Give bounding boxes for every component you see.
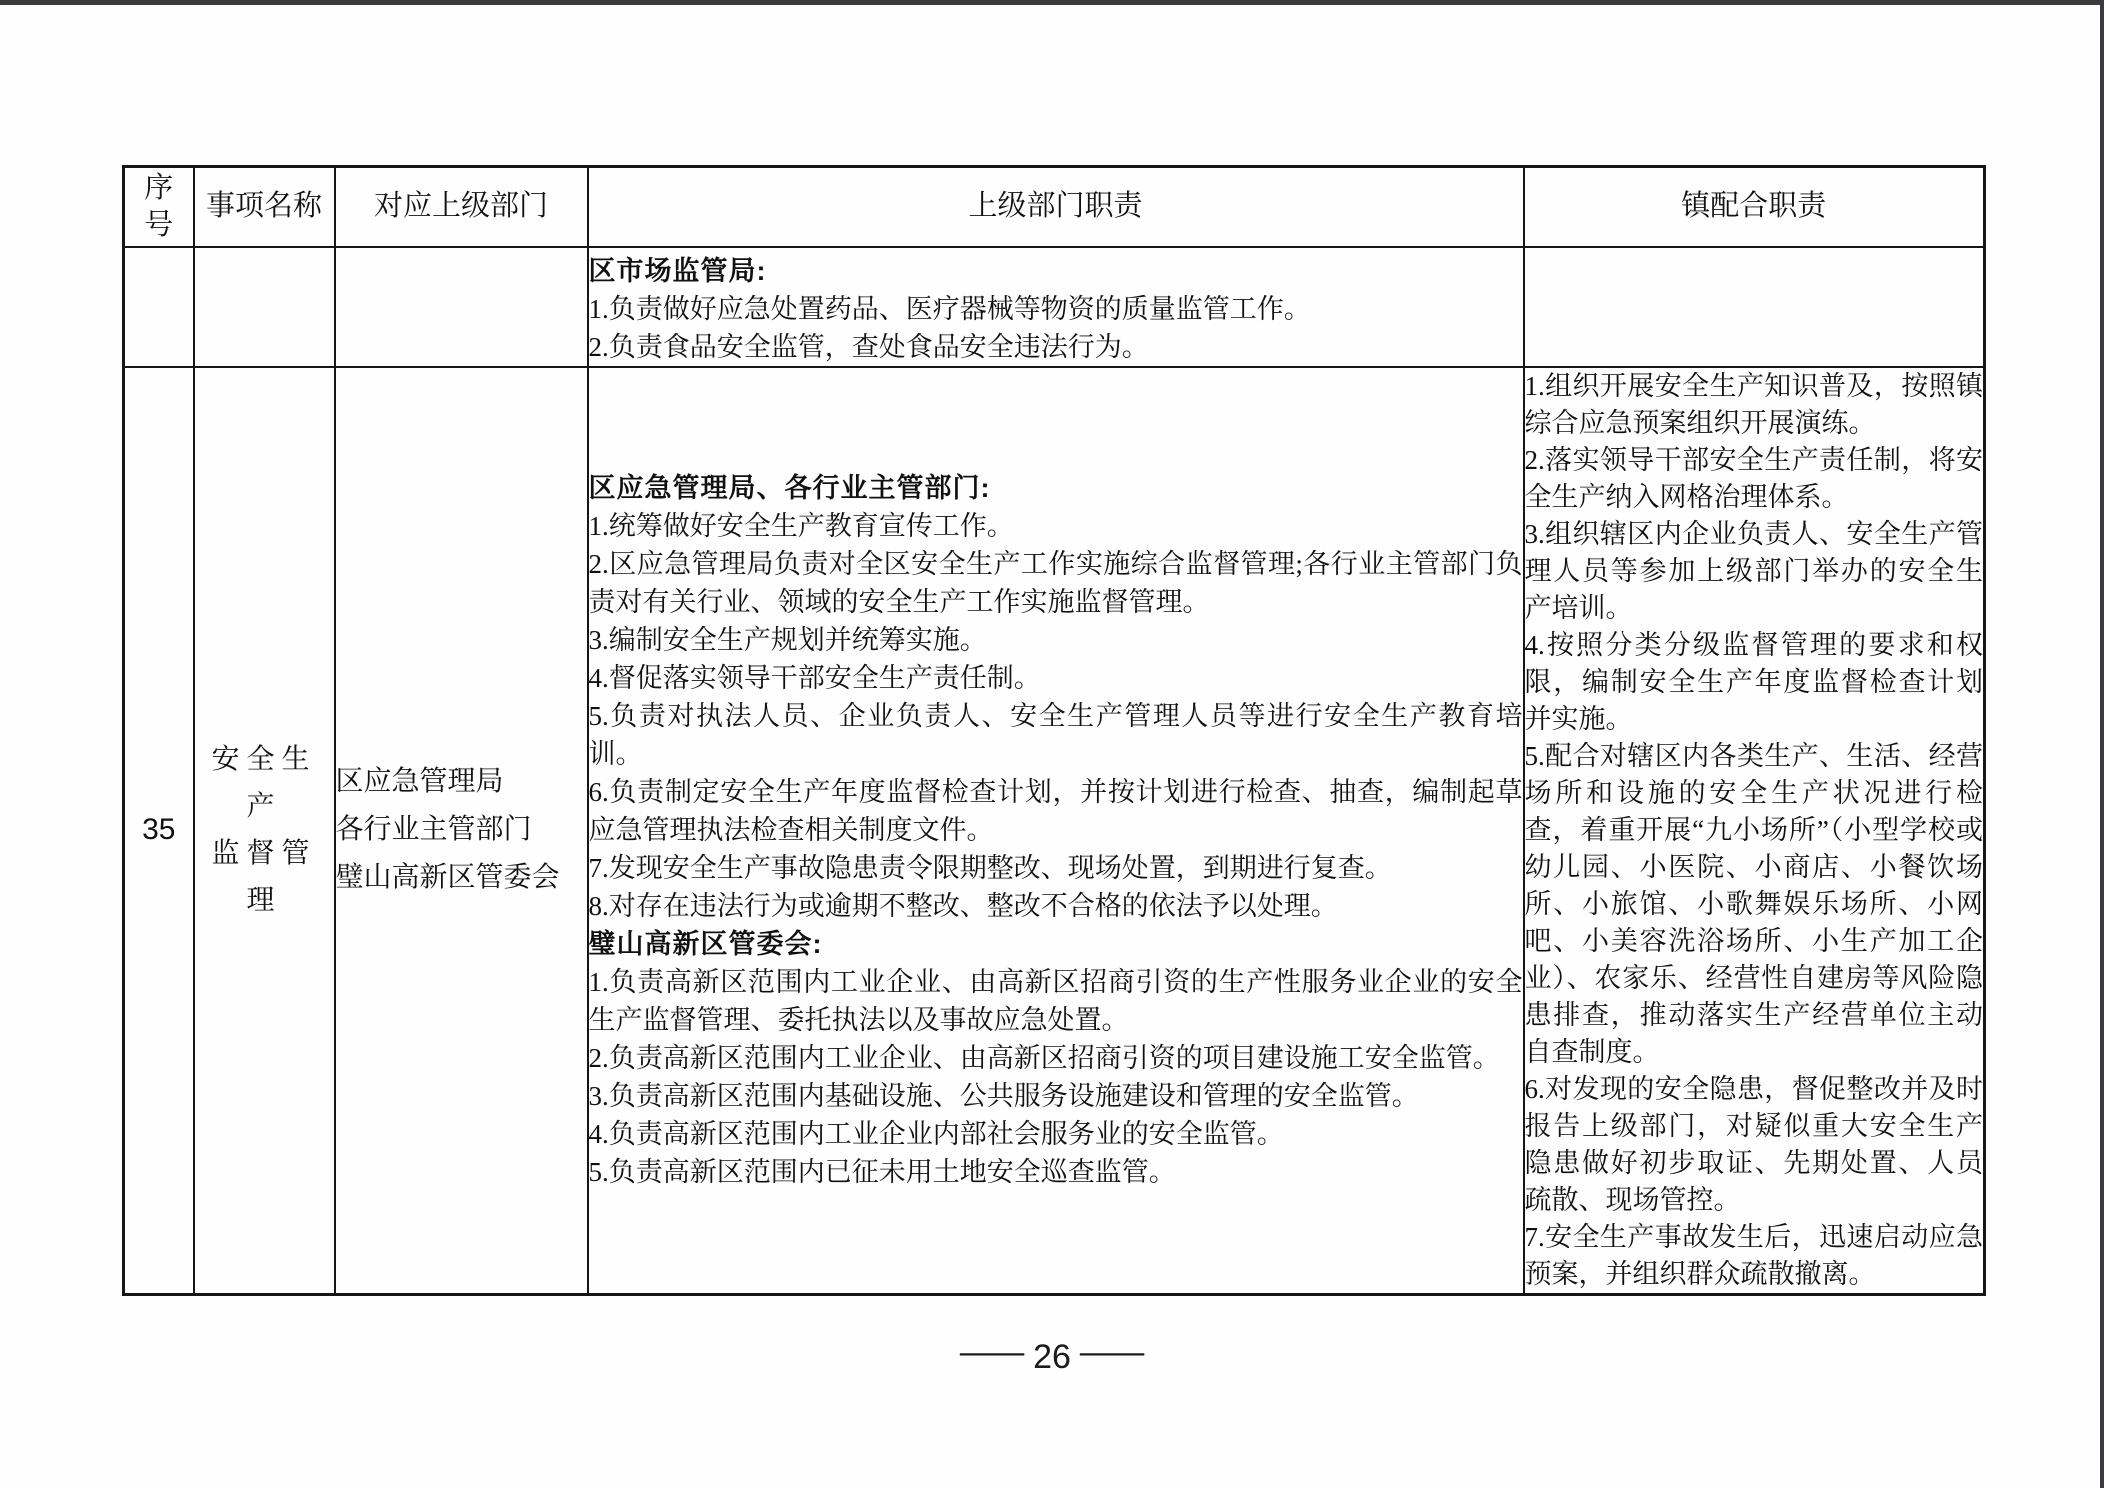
duty-item: 1.负责做好应急处置药品、医疗器械等物资的质量监管工作。: [589, 290, 1523, 328]
duty-item: 2.负责高新区范围内工业企业、由高新区招商引资的项目建设施工安全监管。: [589, 1039, 1523, 1077]
duty-item: 6.负责制定安全生产年度监督检查计划，并按计划进行检查、抽查，编制起草应急管理执…: [589, 773, 1523, 849]
item-name-cell: 安全生产 监督管理: [194, 367, 335, 1295]
duty-item: 5.负责对执法人员、企业负责人、安全生产管理人员等进行安全生产教育培训。: [589, 697, 1523, 773]
duty-item: 5.配合对辖区内各类生产、生活、经营场所和设施的安全生产状况进行检查，着重开展“…: [1525, 738, 1984, 1071]
duty-item: 1.负责高新区范围内工业企业、由高新区招商引资的生产性服务业企业的安全生产监督管…: [589, 963, 1523, 1039]
seq-cell: [124, 247, 194, 367]
duty-item: 2.区应急管理局负责对全区安全生产工作实施综合监督管理;各行业主管部门负责对有关…: [589, 545, 1523, 621]
superior-duties-cell: 区应急管理局、各行业主管部门:1.统筹做好安全生产教育宣传工作。2.区应急管理局…: [588, 367, 1524, 1295]
window-edge-top: [0, 0, 2104, 5]
footer-dash-left: —: [960, 1333, 1025, 1372]
superior-dept-cell: 区应急管理局 各行业主管部门 璧山高新区管委会: [335, 367, 588, 1295]
seq-cell: 35: [124, 367, 194, 1295]
column-header-seq: 序 号: [124, 167, 194, 247]
duty-item: 4.督促落实领导干部安全生产责任制。: [589, 659, 1523, 697]
page-number: 26: [1033, 1338, 1071, 1376]
town-duties-cell: 1.组织开展安全生产知识普及，按照镇综合应急预案组织开展演练。2.落实领导干部安…: [1524, 367, 1985, 1295]
duty-item: 3.组织辖区内企业负责人、安全生产管理人员等参加上级部门举办的安全生产培训。: [1525, 516, 1984, 627]
superior-duties-cell: 区市场监管局:1.负责做好应急处置药品、医疗器械等物资的质量监管工作。2.负责食…: [588, 247, 1524, 367]
duty-item: 8.对存在违法行为或逾期不整改、整改不合格的依法予以处理。: [589, 887, 1523, 925]
item-name-cell: [194, 247, 335, 367]
duty-item: 1.组织开展安全生产知识普及，按照镇综合应急预案组织开展演练。: [1525, 368, 1984, 442]
duty-item: 7.安全生产事故发生后，迅速启动应急预案，并组织群众疏散撤离。: [1525, 1219, 1984, 1293]
column-header-item-name: 事项名称: [194, 167, 335, 247]
town-duties-cell: [1524, 247, 1985, 367]
duty-item: 4.负责高新区范围内工业企业内部社会服务业的安全监管。: [589, 1115, 1523, 1153]
duty-item: 2.负责食品安全监管，查处食品安全违法行为。: [589, 328, 1523, 366]
responsibility-table: 序 号 事项名称 对应上级部门 上级部门职责 镇配合职责 区市场监管局:1.负责…: [122, 165, 1986, 1296]
duty-item: 6.对发现的安全隐患，督促整改并及时报告上级部门，对疑似重大安全生产隐患做好初步…: [1525, 1071, 1984, 1219]
page-footer: —26—: [0, 1338, 2104, 1377]
table-row-35: 35 安全生产 监督管理 区应急管理局 各行业主管部门 璧山高新区管委会 区应急…: [124, 367, 1985, 1295]
duty-item: 2.落实领导干部安全生产责任制，将安全生产纳入网格治理体系。: [1525, 442, 1984, 516]
duty-item: 3.编制安全生产规划并统筹实施。: [589, 621, 1523, 659]
duty-item: 3.负责高新区范围内基础设施、公共服务设施建设和管理的安全监管。: [589, 1077, 1523, 1115]
footer-dash-right: —: [1080, 1333, 1145, 1372]
duty-item: 4.按照分类分级监督管理的要求和权限，编制安全生产年度监督检查计划并实施。: [1525, 627, 1984, 738]
column-header-superior-duty: 上级部门职责: [588, 167, 1524, 247]
document-page: 序 号 事项名称 对应上级部门 上级部门职责 镇配合职责 区市场监管局:1.负责…: [0, 0, 2104, 1488]
duty-item: 1.统筹做好安全生产教育宣传工作。: [589, 507, 1523, 545]
header-row: 序 号 事项名称 对应上级部门 上级部门职责 镇配合职责: [124, 167, 1985, 247]
org-heading: 璧山高新区管委会:: [589, 925, 1523, 963]
column-header-town-duty: 镇配合职责: [1524, 167, 1985, 247]
org-heading: 区市场监管局:: [589, 252, 1523, 290]
duty-item: 5.负责高新区范围内已征未用土地安全巡查监管。: [589, 1153, 1523, 1191]
org-heading: 区应急管理局、各行业主管部门:: [589, 469, 1523, 507]
column-header-superior-dept: 对应上级部门: [335, 167, 588, 247]
table-row-continuation: 区市场监管局:1.负责做好应急处置药品、医疗器械等物资的质量监管工作。2.负责食…: [124, 247, 1985, 367]
superior-dept-cell: [335, 247, 588, 367]
window-edge-right: [2100, 0, 2104, 1488]
duty-item: 7.发现安全生产事故隐患责令限期整改、现场处置，到期进行复查。: [589, 849, 1523, 887]
